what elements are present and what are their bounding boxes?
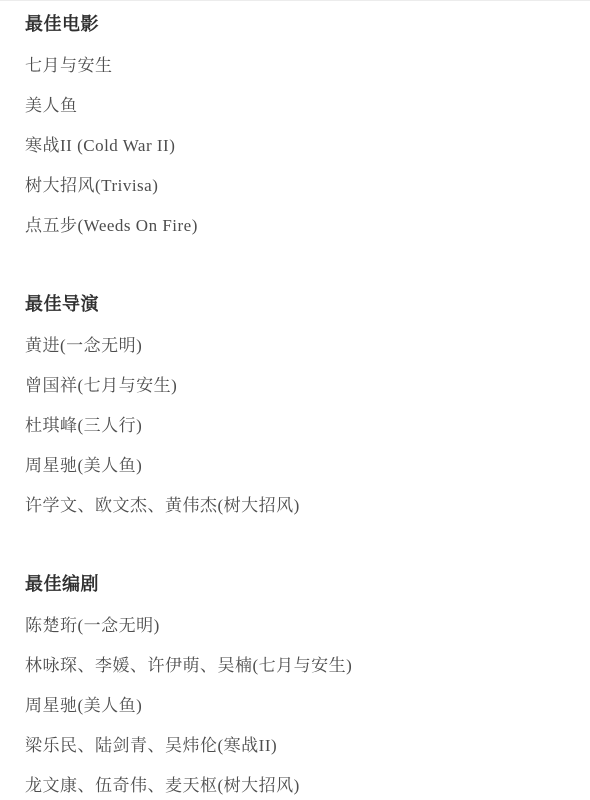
section-best-film: 最佳电影 七月与安生 美人鱼 寒战II (Cold War II) 树大招风(T… bbox=[25, 3, 580, 243]
nominee-item: 树大招风(Trivisa) bbox=[25, 163, 580, 203]
nominee-item: 陈楚珩(一念无明) bbox=[25, 603, 580, 643]
nominee-item: 黄进(一念无明) bbox=[25, 323, 580, 363]
nominee-item: 七月与安生 bbox=[25, 43, 580, 83]
section-best-screenplay: 最佳编剧 陈楚珩(一念无明) 林咏琛、李媛、许伊萌、吴楠(七月与安生) 周星驰(… bbox=[25, 563, 580, 800]
nominee-item: 杜琪峰(三人行) bbox=[25, 403, 580, 443]
nominee-item: 曾国祥(七月与安生) bbox=[25, 363, 580, 403]
section-best-director: 最佳导演 黄进(一念无明) 曾国祥(七月与安生) 杜琪峰(三人行) 周星驰(美人… bbox=[25, 283, 580, 523]
section-heading-best-screenplay: 最佳编剧 bbox=[25, 563, 580, 603]
nominee-item: 林咏琛、李媛、许伊萌、吴楠(七月与安生) bbox=[25, 643, 580, 683]
nominee-item: 龙文康、伍奇伟、麦天枢(树大招风) bbox=[25, 763, 580, 800]
nominee-item: 美人鱼 bbox=[25, 83, 580, 123]
section-heading-best-film: 最佳电影 bbox=[25, 3, 580, 43]
nominee-item: 周星驰(美人鱼) bbox=[25, 443, 580, 483]
nominee-item: 许学文、欧文杰、黄伟杰(树大招风) bbox=[25, 483, 580, 523]
nominee-item: 周星驰(美人鱼) bbox=[25, 683, 580, 723]
section-heading-best-director: 最佳导演 bbox=[25, 283, 580, 323]
nominee-item: 寒战II (Cold War II) bbox=[25, 123, 580, 163]
nominee-item: 梁乐民、陆剑青、吴炜伦(寒战II) bbox=[25, 723, 580, 763]
nominations-page: 最佳电影 七月与安生 美人鱼 寒战II (Cold War II) 树大招风(T… bbox=[0, 1, 590, 800]
nominee-item: 点五步(Weeds On Fire) bbox=[25, 203, 580, 243]
